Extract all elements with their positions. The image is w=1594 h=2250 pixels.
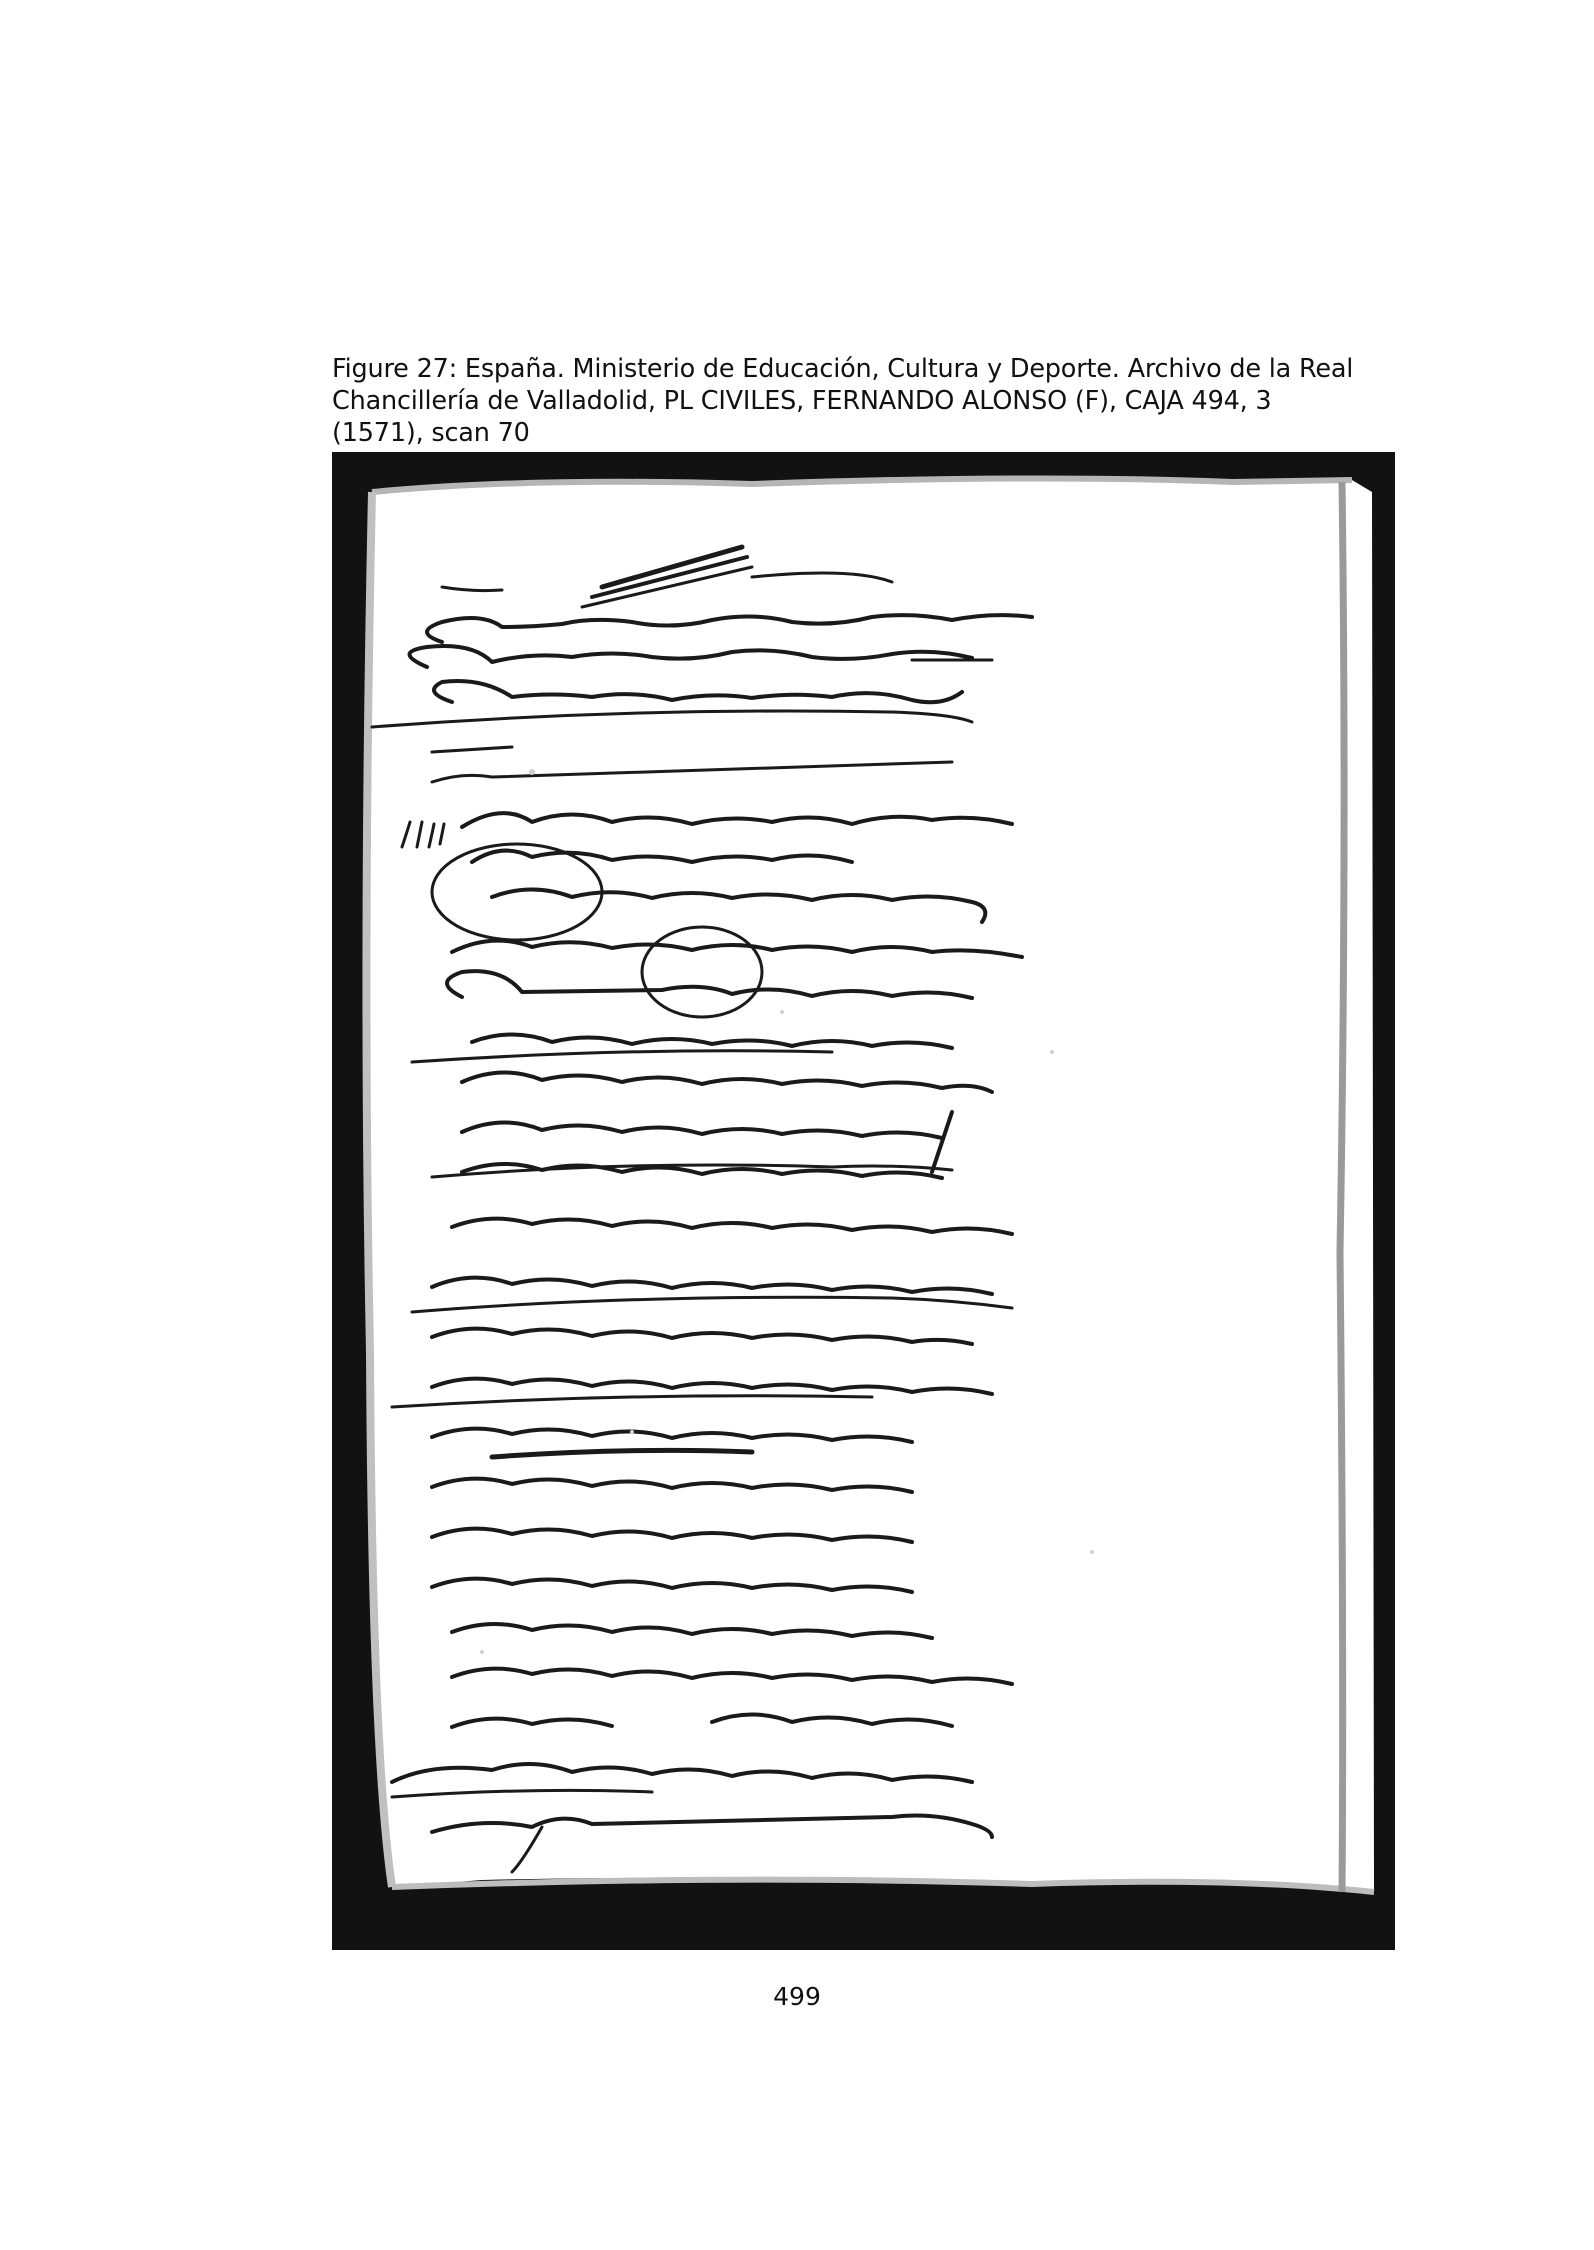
figure-caption: Figure 27: España. Ministerio de Educaci… <box>332 353 1402 449</box>
page-number: 499 <box>0 1982 1594 2011</box>
manuscript-scan-image <box>332 452 1395 1950</box>
caption-line-3: (1571), scan 70 <box>332 417 1402 449</box>
manuscript-illustration <box>332 452 1395 1950</box>
caption-line-2: Chancillería de Valladolid, PL CIVILES, … <box>332 385 1402 417</box>
document-page: Figure 27: España. Ministerio de Educaci… <box>0 0 1594 2250</box>
caption-line-1: Figure 27: España. Ministerio de Educaci… <box>332 353 1402 385</box>
